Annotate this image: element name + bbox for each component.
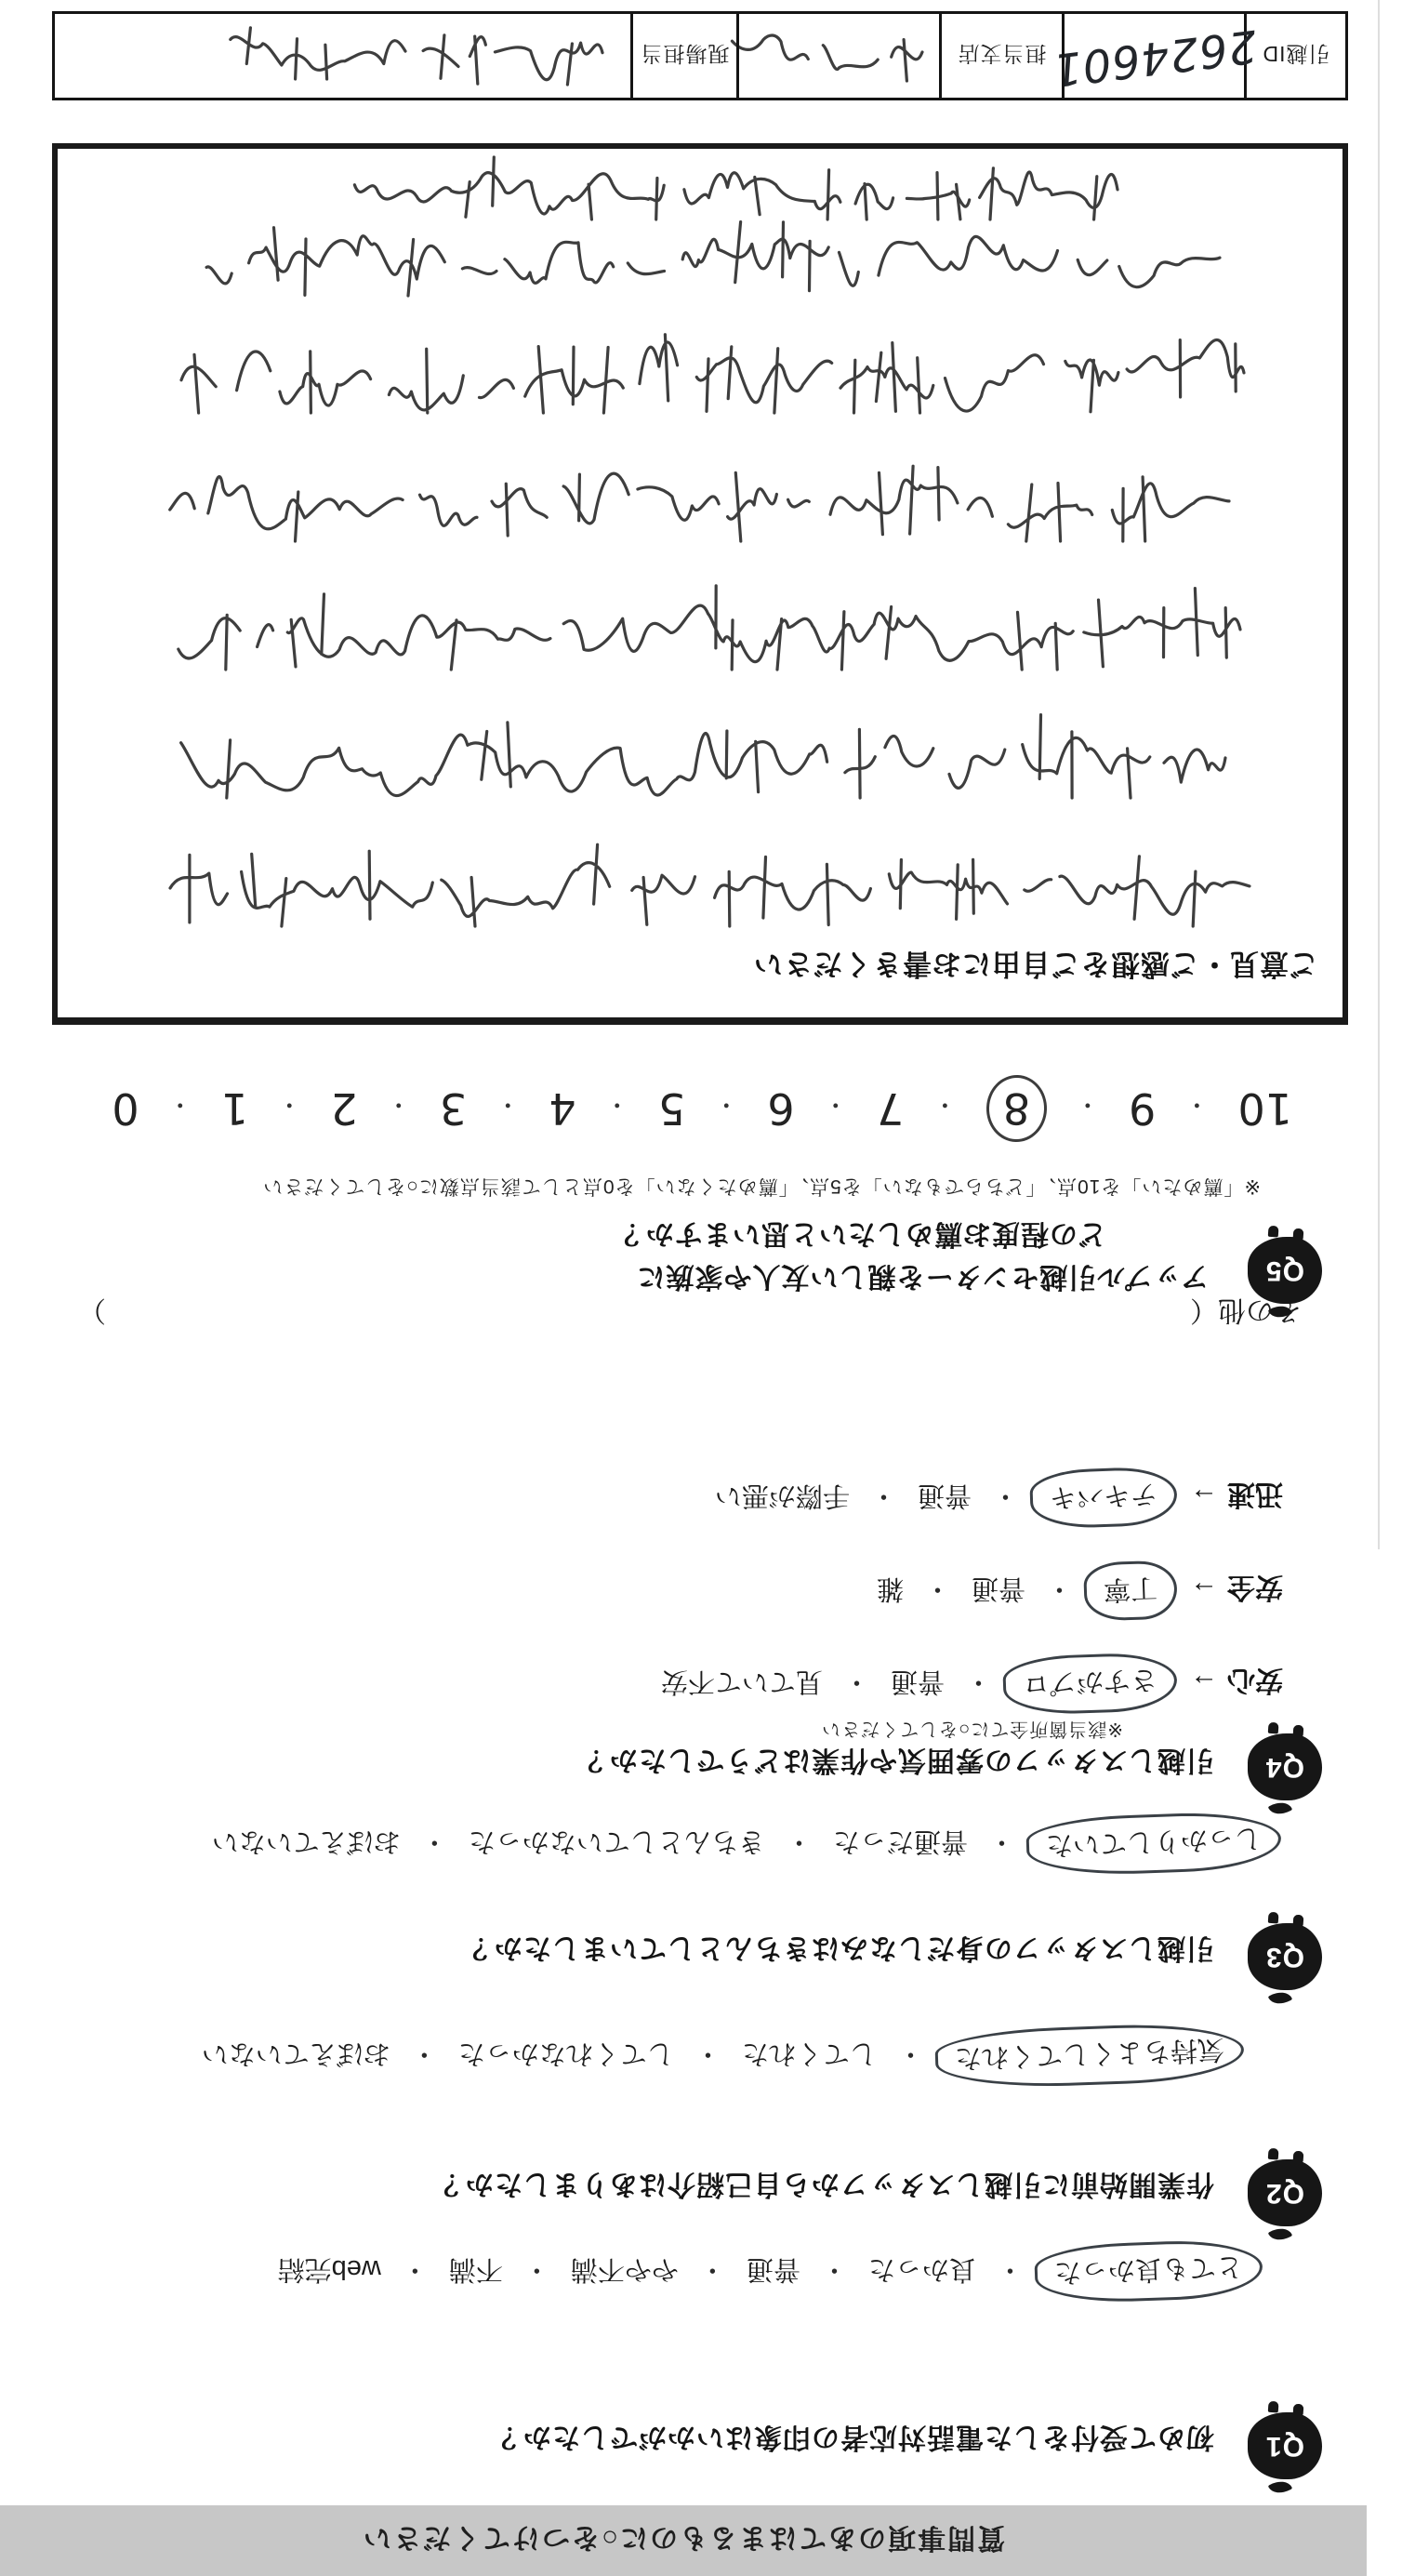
- handwritten-comment-line-2: [186, 724, 1229, 800]
- header-cell-branch-label: 担当支店: [942, 14, 1065, 98]
- q3-option-4: おぼえていない: [203, 1820, 410, 1867]
- q2-option-3: してくれなかった: [449, 2032, 683, 2079]
- scan-edge-artifact: [1378, 0, 1380, 1549]
- q2-question-text: 作業開始前に引越しスタッフから自己紹介はありましたか？: [436, 2167, 1214, 2208]
- q4-row2-option-2: 普通: [962, 1567, 1035, 1614]
- q4-row2-option-3: 雑: [867, 1567, 913, 1614]
- scale-1: 1: [221, 1083, 248, 1134]
- q3-question-text: 引越しスタッフの身だしなみはきちんとしていましたか？: [465, 1931, 1214, 1972]
- instruction-bar-text: 質問事項のあてはまるものに○をつけてください: [362, 2520, 1005, 2561]
- field-staff-label: 現場担当: [641, 41, 730, 72]
- q1-option-1: とても良かった: [1034, 2238, 1263, 2305]
- q4-badge-label: Q4: [1265, 1751, 1304, 1783]
- q1-badge-label: Q1: [1265, 2430, 1304, 2462]
- branch-label: 担当支店: [958, 41, 1047, 72]
- handwritten-comment-line-3: [193, 595, 1244, 671]
- scale-dot: ・: [277, 1090, 301, 1124]
- scale-dot: ・: [387, 1090, 411, 1124]
- move-id-handwritten-value: 2624601: [1050, 20, 1260, 96]
- q3-option-2: 普通だった: [824, 1820, 977, 1867]
- q1-question-text: 初めて受付をした電話対応者の印象はいかがでしたか？: [494, 2420, 1214, 2461]
- option-separator: ・: [821, 2252, 848, 2291]
- q1-option-2: 良かった: [859, 2248, 985, 2295]
- header-cell-move-id-label: 引越ID: [1247, 14, 1345, 98]
- move-id-label: 引越ID: [1263, 41, 1330, 72]
- q3-option-1: しっかりしていた: [1025, 1810, 1282, 1878]
- scale-dot: ・: [605, 1090, 629, 1124]
- q4-question-text: 引越しスタッフの雰囲気や作業はどうでしたか？: [580, 1743, 1214, 1784]
- option-separator: ・: [997, 2252, 1024, 2291]
- q4-row3-option-3: 手際が悪い: [706, 1474, 859, 1521]
- q2-option-2: してくれた: [733, 2032, 886, 2079]
- option-separator: ・: [523, 2252, 550, 2291]
- mascot-q4-icon: Q4: [1248, 1733, 1322, 1800]
- scanned-survey-sheet: 質問事項のあてはまるものに○をつけてください Q1 初めて受付をした電話対応者の…: [0, 0, 1402, 2576]
- right-arrow-icon: →: [1190, 1668, 1218, 1700]
- scale-4: 4: [549, 1083, 575, 1134]
- header-table: 引越ID 2624601 担当支店 現場担当: [52, 11, 1348, 100]
- q5-question-line2: どの程度お薦めしたいと思いますか？: [616, 1216, 1106, 1257]
- q4-row1-label: 安心: [1227, 1664, 1283, 1705]
- comment-box-label: ご意見・ご感想をご自由にお書きください: [753, 946, 1318, 988]
- branch-handwritten-value: [751, 27, 926, 83]
- q4-row2-option-1: 丁寧: [1083, 1560, 1178, 1621]
- instruction-bar: 質問事項のあてはまるものに○をつけてください: [0, 2505, 1367, 2576]
- q4-row-anshin: 安心 → さすがプロ ・ 普通 ・ 見ていて不安: [652, 1654, 1283, 1713]
- q4-row3-option-1: テキパキ: [1029, 1466, 1178, 1529]
- q4-row2-label: 安全: [1227, 1571, 1283, 1612]
- scale-6: 6: [767, 1083, 794, 1134]
- mascot-q1-icon: Q1: [1248, 2412, 1322, 2479]
- staff-handwritten-name-1: [439, 25, 606, 86]
- scale-dot: ・: [168, 1090, 192, 1124]
- q1-option-6: web完結: [269, 2248, 390, 2295]
- nps-scale-row: 10 ・ 9 ・ 8 ・ 7 ・ 6 ・ 5 ・ 4 ・ 3 ・ 2 ・ 1 ・…: [112, 1075, 1292, 1142]
- option-separator: ・: [924, 1572, 951, 1610]
- scale-dot: ・: [1184, 1090, 1209, 1124]
- q1-option-4: やや不満: [562, 2248, 688, 2295]
- q1-option-3: 普通: [737, 2248, 810, 2295]
- q5-badge-label: Q5: [1265, 1255, 1304, 1286]
- option-separator: ・: [988, 1825, 1015, 1863]
- q1-options-row: とても良かった ・ 良かった ・ 普通 ・ やや不満 ・ 不満 ・ web完結: [269, 2242, 1263, 2301]
- scale-dot: ・: [932, 1090, 957, 1124]
- q3-badge-label: Q3: [1265, 1941, 1304, 1972]
- mascot-q3-icon: Q3: [1248, 1923, 1322, 1990]
- q4-row1-option-1: さすがプロ: [1002, 1652, 1178, 1716]
- upside-down-scan-content: 質問事項のあてはまるものに○をつけてください Q1 初めて受付をした電話対応者の…: [0, 0, 1402, 2576]
- q2-options-row: 気持ちよくしてくれた ・ してくれた ・ してくれなかった ・ おぼえていない: [192, 2026, 1244, 2085]
- option-separator: ・: [694, 2037, 721, 2075]
- q4-row3-option-2: 普通: [908, 1474, 981, 1521]
- q2-badge-label: Q2: [1265, 2177, 1304, 2209]
- q4-row-jinsoku: 迅速 → テキパキ ・ 普通 ・ 手際が悪い: [706, 1468, 1283, 1527]
- q4-row-anzen: 安全 → 丁寧 ・ 普通 ・ 雑: [867, 1561, 1283, 1620]
- scale-dot: ・: [824, 1090, 848, 1124]
- option-separator: ・: [992, 1479, 1019, 1517]
- handwritten-comment-line-4: [184, 467, 1233, 543]
- handwritten-comment-line-6: [219, 225, 1223, 298]
- option-separator: ・: [699, 2252, 726, 2291]
- q4-row1-option-2: 普通: [881, 1660, 954, 1707]
- q4-note: ※該当箇所全てに○をしてください: [821, 1718, 1123, 1745]
- q2-option-1: 気持ちよくしてくれた: [934, 2021, 1245, 2091]
- option-separator: ・: [402, 2252, 429, 2291]
- scale-0: 0: [112, 1083, 139, 1134]
- scale-5: 5: [658, 1083, 685, 1134]
- mascot-q2-icon: Q2: [1248, 2159, 1322, 2226]
- scale-7: 7: [877, 1083, 904, 1134]
- handwritten-comment-line-7: [361, 164, 1121, 221]
- option-separator: ・: [870, 1479, 897, 1517]
- handwritten-comment-line-1: [193, 852, 1253, 928]
- q5-note: ※「薦めたい」を10点、「どちらでもない」を5点、「薦めたくない」を0点として該…: [262, 1174, 1261, 1202]
- q3-options-row: しっかりしていた ・ 普通だった ・ きちんとしていなかった ・ おぼえていない: [203, 1814, 1281, 1873]
- header-cell-move-id-value: 2624601: [1065, 14, 1247, 98]
- scale-dot: ・: [1076, 1090, 1100, 1124]
- staff-handwritten-name-2: [223, 27, 409, 81]
- right-arrow-icon: →: [1190, 1575, 1218, 1607]
- option-separator: ・: [897, 2037, 924, 2075]
- scale-2: 2: [330, 1083, 357, 1134]
- q5-question-line1: アップル引越センターを親しい友人や家族に: [637, 1259, 1210, 1300]
- q2-option-4: おぼえていない: [192, 2032, 400, 2079]
- header-cell-staff-label: 現場担当: [633, 14, 739, 98]
- handwritten-comment-line-5: [201, 339, 1248, 415]
- q4-row3-label: 迅速: [1227, 1478, 1283, 1519]
- scale-8: 8: [985, 1074, 1048, 1143]
- option-separator: ・: [1046, 1572, 1073, 1610]
- scale-3: 3: [440, 1083, 467, 1134]
- q4-row1-option-3: 見ていて不安: [652, 1660, 832, 1707]
- scale-dot: ・: [714, 1090, 738, 1124]
- option-separator: ・: [786, 1825, 813, 1863]
- q3-option-3: きちんとしていなかった: [459, 1820, 774, 1867]
- header-cell-staff-value: [55, 14, 633, 98]
- scale-10: 10: [1237, 1083, 1292, 1134]
- mascot-q5-icon: Q5: [1248, 1237, 1322, 1304]
- header-cell-branch-value: [739, 14, 942, 98]
- option-separator: ・: [411, 2037, 438, 2075]
- q4-other-close: ）: [78, 1293, 106, 1334]
- option-separator: ・: [421, 1825, 448, 1863]
- option-separator: ・: [843, 1665, 870, 1703]
- option-separator: ・: [965, 1665, 992, 1703]
- scale-dot: ・: [496, 1090, 520, 1124]
- right-arrow-icon: →: [1190, 1482, 1218, 1514]
- q1-option-5: 不満: [440, 2248, 512, 2295]
- scale-9: 9: [1129, 1083, 1156, 1134]
